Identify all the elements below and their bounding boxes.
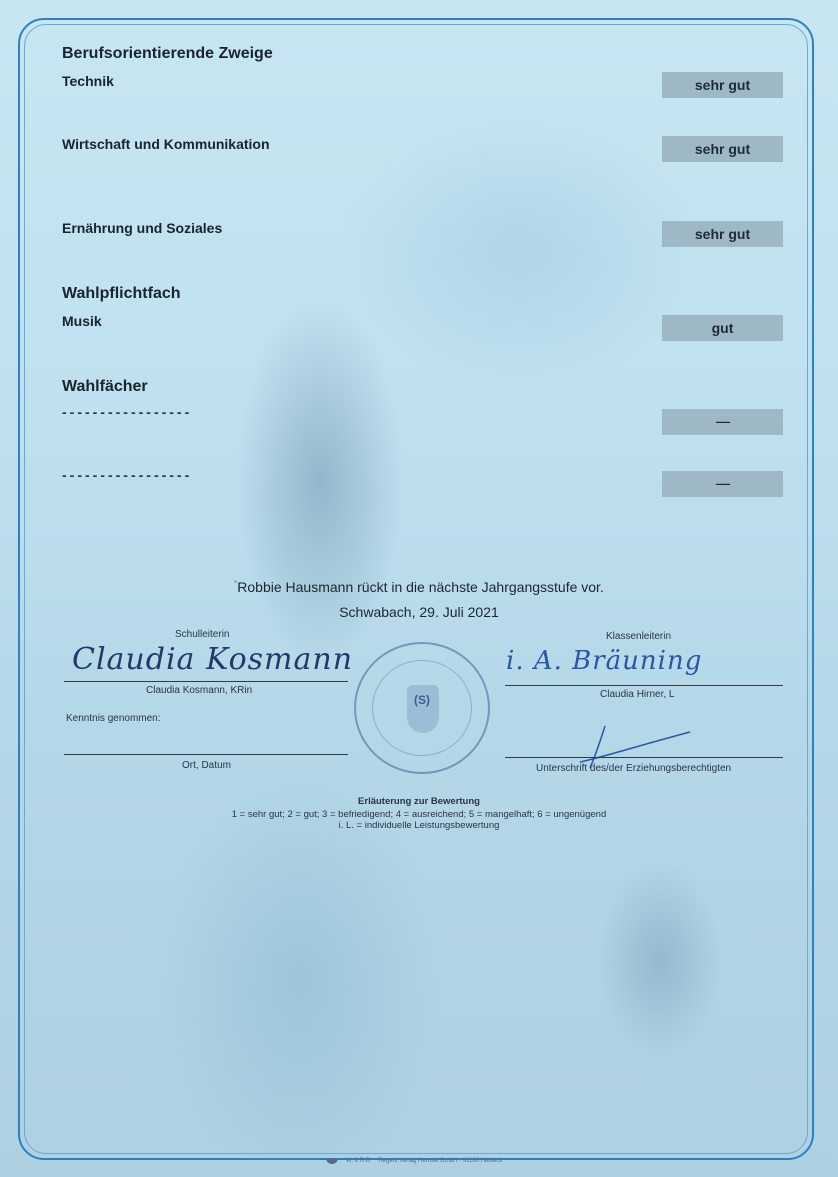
legend-note: i. L. = individuelle Leistungsbewertung xyxy=(0,820,838,831)
grade-elective-1: ------ xyxy=(662,409,783,435)
grade-musik: gut xyxy=(662,315,783,341)
class-teacher-signature: i. A. Bräuning xyxy=(506,646,702,676)
class-teacher-printed-name: Claudia Hirner, L xyxy=(600,689,674,700)
section-heading-berufsorientierende-zweige: Berufsorientierende Zweige xyxy=(62,45,273,63)
place-date-line xyxy=(64,754,348,755)
guardian-caption: Unterschrift des/der Erziehungsberechtig… xyxy=(536,763,731,774)
subject-wirtschaft-kommunikation: Wirtschaft und Kommunikation xyxy=(62,136,270,152)
remark-text: Robbie Hausmann rückt in die nächste Jah… xyxy=(237,579,604,595)
section-heading-wahlpflichtfach: Wahlpflichtfach xyxy=(62,285,181,303)
elective-placeholder-2: ----------------- xyxy=(62,467,192,483)
place-date: Schwabach, 29. Juli 2021 xyxy=(0,604,838,620)
place-date-caption: Ort, Datum xyxy=(182,760,231,771)
principal-signature-line xyxy=(64,681,348,682)
guardian-signature-line xyxy=(505,757,783,758)
legend-title: Erläuterung zur Bewertung xyxy=(0,796,838,807)
legend-scale: 1 = sehr gut; 2 = gut; 3 = befriedigend;… xyxy=(0,809,838,820)
form-code: W. 8 R-D xyxy=(346,1158,370,1164)
elective-placeholder-1: ----------------- xyxy=(62,404,192,420)
stamp-inner-ring: (S) xyxy=(372,660,472,756)
stamp-mark: (S) xyxy=(414,693,430,707)
class-teacher-signature-line xyxy=(505,685,783,686)
acknowledged-label: Kenntnis genommen: xyxy=(66,713,161,724)
grade-ernaehrung-soziales: sehr gut xyxy=(662,221,783,247)
principal-printed-name: Claudia Kosmann, KRin xyxy=(146,685,252,696)
principal-signature: Claudia Kosmann xyxy=(72,642,353,677)
grade-elective-2: ------ xyxy=(662,471,783,497)
class-teacher-role-label: Klassenleiterin xyxy=(606,631,671,642)
principal-role-label: Schulleiterin xyxy=(175,629,229,640)
promotion-remark: *Robbie Hausmann rückt in die nächste Ja… xyxy=(0,579,838,595)
subject-musik: Musik xyxy=(62,313,102,329)
subject-ernaehrung-soziales: Ernährung und Soziales xyxy=(62,220,222,236)
publisher-name: Regent Verlag Hemsel GmbH · 91180 Heidec… xyxy=(378,1158,502,1164)
publisher-logo-icon xyxy=(326,1158,338,1164)
publisher-imprint: W. 8 R-D Regent Verlag Hemsel GmbH · 911… xyxy=(326,1158,502,1164)
section-heading-wahlfaecher: Wahlfächer xyxy=(62,378,148,396)
grade-technik: sehr gut xyxy=(662,72,783,98)
grade-wirtschaft-kommunikation: sehr gut xyxy=(662,136,783,162)
coat-of-arms-icon xyxy=(407,685,439,733)
school-stamp: (S) xyxy=(354,642,490,774)
subject-technik: Technik xyxy=(62,73,114,89)
